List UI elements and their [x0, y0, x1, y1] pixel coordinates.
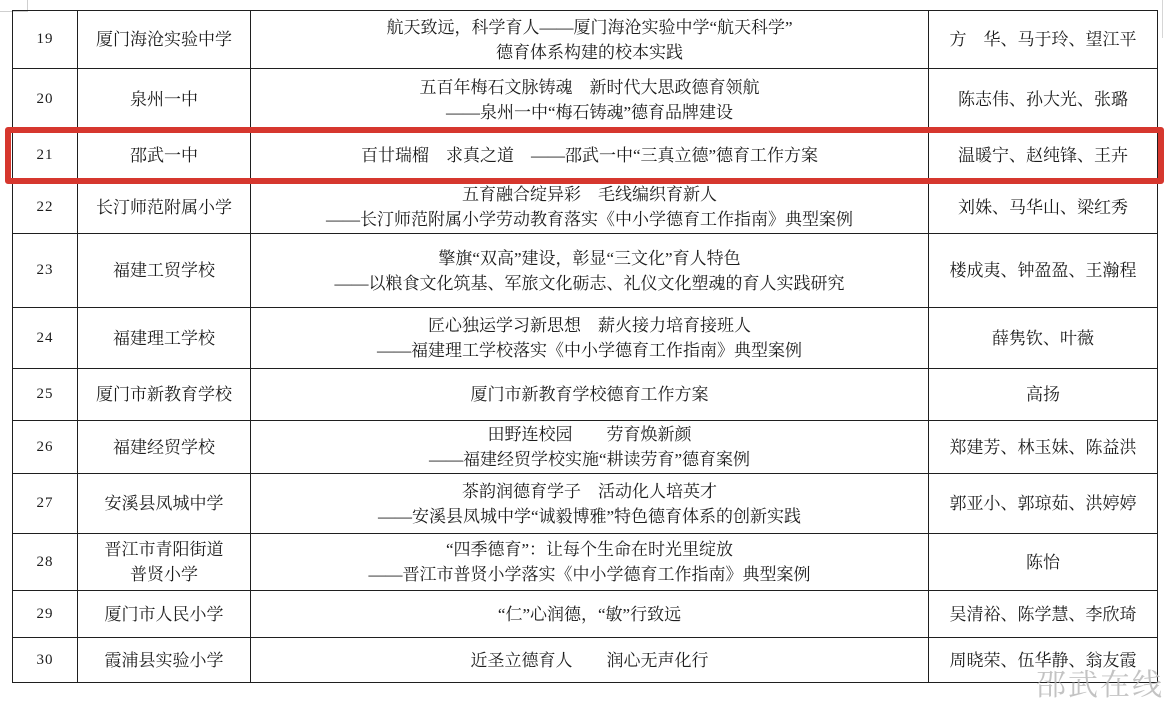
authors-cell: 刘姝、马华山、梁红秀 [929, 181, 1158, 234]
text-line: “仁”心润德，“敏”行致远 [253, 602, 926, 627]
table-body: 19厦门海沧实验中学航天致远，科学育人——厦门海沧实验中学“航天科学”德育体系构… [13, 11, 1158, 683]
text-line: 福建经贸学校 [80, 435, 248, 460]
text-line: 郑建芳、林玉妹、陈益洪 [931, 435, 1155, 460]
text-line: 安溪县凤城中学 [80, 491, 248, 516]
text-line: ——福建理工学校落实《中小学德育工作指南》典型案例 [253, 338, 926, 363]
authors-cell: 方 华、马于玲、望江平 [929, 11, 1158, 69]
authors-cell: 吴清裕、陈学慧、李欣琦 [929, 591, 1158, 638]
text-line: 近圣立德育人 润心无声化行 [253, 648, 926, 673]
table-row: 27安溪县凤城中学茶韵润德育学子 活动化人培英才——安溪县凤城中学“诚毅博雅”特… [13, 474, 1158, 534]
title-cell: “四季德育”：让每个生命在时光里绽放——晋江市普贤小学落实《中小学德育工作指南》… [251, 534, 929, 591]
title-cell: 近圣立德育人 润心无声化行 [251, 638, 929, 683]
text-line: 30 [15, 648, 75, 673]
text-line: 22 [15, 195, 75, 220]
text-line: 方 华、马于玲、望江平 [931, 27, 1155, 52]
text-line: 五育融合绽异彩 毛线编织育新人 [253, 182, 926, 207]
title-cell: 五百年梅石文脉铸魂 新时代大思政德育领航——泉州一中“梅石铸魂”德育品牌建设 [251, 69, 929, 131]
text-line: 厦门市人民小学 [80, 602, 248, 627]
row-number-cell: 26 [13, 421, 78, 474]
text-line: ——以粮食文化筑基、军旅文化砺志、礼仪文化塑魂的育人实践研究 [253, 271, 926, 296]
authors-cell: 温暖宁、赵纯锋、王卉 [929, 131, 1158, 181]
text-line: 航天致远，科学育人——厦门海沧实验中学“航天科学” [253, 15, 926, 40]
text-line: 泉州一中 [80, 87, 248, 112]
text-line: 百廿瑞榴 求真之道 ——邵武一中“三真立德”德育工作方案 [253, 143, 926, 168]
school-cell: 安溪县凤城中学 [78, 474, 251, 534]
row-number-cell: 23 [13, 234, 78, 308]
row-number-cell: 30 [13, 638, 78, 683]
document-page: 19厦门海沧实验中学航天致远，科学育人——厦门海沧实验中学“航天科学”德育体系构… [0, 0, 1170, 702]
table-row: 25厦门市新教育学校厦门市新教育学校德育工作方案高扬 [13, 369, 1158, 421]
text-line: 五百年梅石文脉铸魂 新时代大思政德育领航 [253, 75, 926, 100]
text-line: 薛隽钦、叶薇 [931, 326, 1155, 351]
text-line: 24 [15, 326, 75, 351]
text-line: ——晋江市普贤小学落实《中小学德育工作指南》典型案例 [253, 562, 926, 587]
text-line: “四季德育”：让每个生命在时光里绽放 [253, 537, 926, 562]
table-row: 24福建理工学校匠心独运学习新思想 薪火接力培育接班人——福建理工学校落实《中小… [13, 308, 1158, 369]
school-cell: 长汀师范附属小学 [78, 181, 251, 234]
text-line: 26 [15, 435, 75, 460]
text-line: ——安溪县凤城中学“诚毅博雅”特色德育体系的创新实践 [253, 504, 926, 529]
text-line: 福建工贸学校 [80, 258, 248, 283]
text-line: 25 [15, 382, 75, 407]
title-cell: 航天致远，科学育人——厦门海沧实验中学“航天科学”德育体系构建的校本实践 [251, 11, 929, 69]
table-row: 30霞浦县实验小学近圣立德育人 润心无声化行周晓荣、伍华静、翁友霞 [13, 638, 1158, 683]
text-line: 田野连校园 劳育焕新颜 [253, 422, 926, 447]
row-number-cell: 24 [13, 308, 78, 369]
table-row: 22长汀师范附属小学五育融合绽异彩 毛线编织育新人——长汀师范附属小学劳动教育落… [13, 181, 1158, 234]
text-line: 27 [15, 491, 75, 516]
text-line: 21 [15, 143, 75, 168]
text-line: 邵武一中 [80, 143, 248, 168]
text-line: 德育体系构建的校本实践 [253, 40, 926, 65]
text-line: 23 [15, 258, 75, 283]
text-line: 霞浦县实验小学 [80, 648, 248, 673]
text-line: 楼成夷、钟盈盈、王瀚程 [931, 258, 1155, 283]
title-cell: 百廿瑞榴 求真之道 ——邵武一中“三真立德”德育工作方案 [251, 131, 929, 181]
text-line: 普贤小学 [80, 562, 248, 587]
text-line: ——长汀师范附属小学劳动教育落实《中小学德育工作指南》典型案例 [253, 207, 926, 232]
text-line: 29 [15, 602, 75, 627]
row-number-cell: 28 [13, 534, 78, 591]
text-line: 高扬 [931, 382, 1155, 407]
title-cell: 匠心独运学习新思想 薪火接力培育接班人——福建理工学校落实《中小学德育工作指南》… [251, 308, 929, 369]
text-line: ——福建经贸学校实施“耕读劳育”德育案例 [253, 447, 926, 472]
table-row: 28晋江市青阳街道普贤小学“四季德育”：让每个生命在时光里绽放——晋江市普贤小学… [13, 534, 1158, 591]
text-line: 19 [15, 27, 75, 52]
authors-cell: 陈志伟、孙大光、张璐 [929, 69, 1158, 131]
text-line: ——泉州一中“梅石铸魂”德育品牌建设 [253, 100, 926, 125]
authors-cell: 郑建芳、林玉妹、陈益洪 [929, 421, 1158, 474]
school-cell: 泉州一中 [78, 69, 251, 131]
title-cell: 五育融合绽异彩 毛线编织育新人——长汀师范附属小学劳动教育落实《中小学德育工作指… [251, 181, 929, 234]
row-number-cell: 25 [13, 369, 78, 421]
school-cell: 福建工贸学校 [78, 234, 251, 308]
title-cell: 田野连校园 劳育焕新颜——福建经贸学校实施“耕读劳育”德育案例 [251, 421, 929, 474]
school-cell: 邵武一中 [78, 131, 251, 181]
table-row: 23福建工贸学校擎旗“双高”建设，彰显“三文化”育人特色——以粮食文化筑基、军旅… [13, 234, 1158, 308]
title-cell: 厦门市新教育学校德育工作方案 [251, 369, 929, 421]
row-number-cell: 27 [13, 474, 78, 534]
text-line: 温暖宁、赵纯锋、王卉 [931, 143, 1155, 168]
school-cell: 厦门海沧实验中学 [78, 11, 251, 69]
grid-fragment-top-right [1162, 0, 1163, 38]
text-line: 20 [15, 87, 75, 112]
text-line: 福建理工学校 [80, 326, 248, 351]
authors-cell: 陈怡 [929, 534, 1158, 591]
table-row: 29厦门市人民小学“仁”心润德，“敏”行致远吴清裕、陈学慧、李欣琦 [13, 591, 1158, 638]
table-row: 19厦门海沧实验中学航天致远，科学育人——厦门海沧实验中学“航天科学”德育体系构… [13, 11, 1158, 69]
table-row-highlighted: 21邵武一中百廿瑞榴 求真之道 ——邵武一中“三真立德”德育工作方案温暖宁、赵纯… [13, 131, 1158, 181]
text-line: 吴清裕、陈学慧、李欣琦 [931, 602, 1155, 627]
authors-cell: 薛隽钦、叶薇 [929, 308, 1158, 369]
text-line: 匠心独运学习新思想 薪火接力培育接班人 [253, 313, 926, 338]
text-line: 刘姝、马华山、梁红秀 [931, 195, 1155, 220]
text-line: 郭亚小、郭琼茹、洪婷婷 [931, 491, 1155, 516]
text-line: 厦门市新教育学校 [80, 382, 248, 407]
text-line: 擎旗“双高”建设，彰显“三文化”育人特色 [253, 246, 926, 271]
row-number-cell: 29 [13, 591, 78, 638]
row-number-cell: 22 [13, 181, 78, 234]
row-number-cell: 20 [13, 69, 78, 131]
school-cell: 厦门市人民小学 [78, 591, 251, 638]
text-line: 陈怡 [931, 550, 1155, 575]
award-table: 19厦门海沧实验中学航天致远，科学育人——厦门海沧实验中学“航天科学”德育体系构… [12, 10, 1158, 683]
row-number-cell: 21 [13, 131, 78, 181]
school-cell: 晋江市青阳街道普贤小学 [78, 534, 251, 591]
school-cell: 霞浦县实验小学 [78, 638, 251, 683]
text-line: 长汀师范附属小学 [80, 195, 248, 220]
text-line: 28 [15, 550, 75, 575]
title-cell: 擎旗“双高”建设，彰显“三文化”育人特色——以粮食文化筑基、军旅文化砺志、礼仪文… [251, 234, 929, 308]
text-line: 厦门市新教育学校德育工作方案 [253, 382, 926, 407]
row-number-cell: 19 [13, 11, 78, 69]
title-cell: “仁”心润德，“敏”行致远 [251, 591, 929, 638]
watermark-text: 邵武在线 [1036, 660, 1164, 702]
authors-cell: 高扬 [929, 369, 1158, 421]
text-line: 茶韵润德育学子 活动化人培英才 [253, 479, 926, 504]
text-line: 晋江市青阳街道 [80, 537, 248, 562]
school-cell: 厦门市新教育学校 [78, 369, 251, 421]
school-cell: 福建理工学校 [78, 308, 251, 369]
authors-cell: 郭亚小、郭琼茹、洪婷婷 [929, 474, 1158, 534]
title-cell: 茶韵润德育学子 活动化人培英才——安溪县凤城中学“诚毅博雅”特色德育体系的创新实… [251, 474, 929, 534]
table-row: 20泉州一中五百年梅石文脉铸魂 新时代大思政德育领航——泉州一中“梅石铸魂”德育… [13, 69, 1158, 131]
school-cell: 福建经贸学校 [78, 421, 251, 474]
table-row: 26福建经贸学校田野连校园 劳育焕新颜——福建经贸学校实施“耕读劳育”德育案例郑… [13, 421, 1158, 474]
text-line: 陈志伟、孙大光、张璐 [931, 87, 1155, 112]
authors-cell: 楼成夷、钟盈盈、王瀚程 [929, 234, 1158, 308]
text-line: 厦门海沧实验中学 [80, 27, 248, 52]
